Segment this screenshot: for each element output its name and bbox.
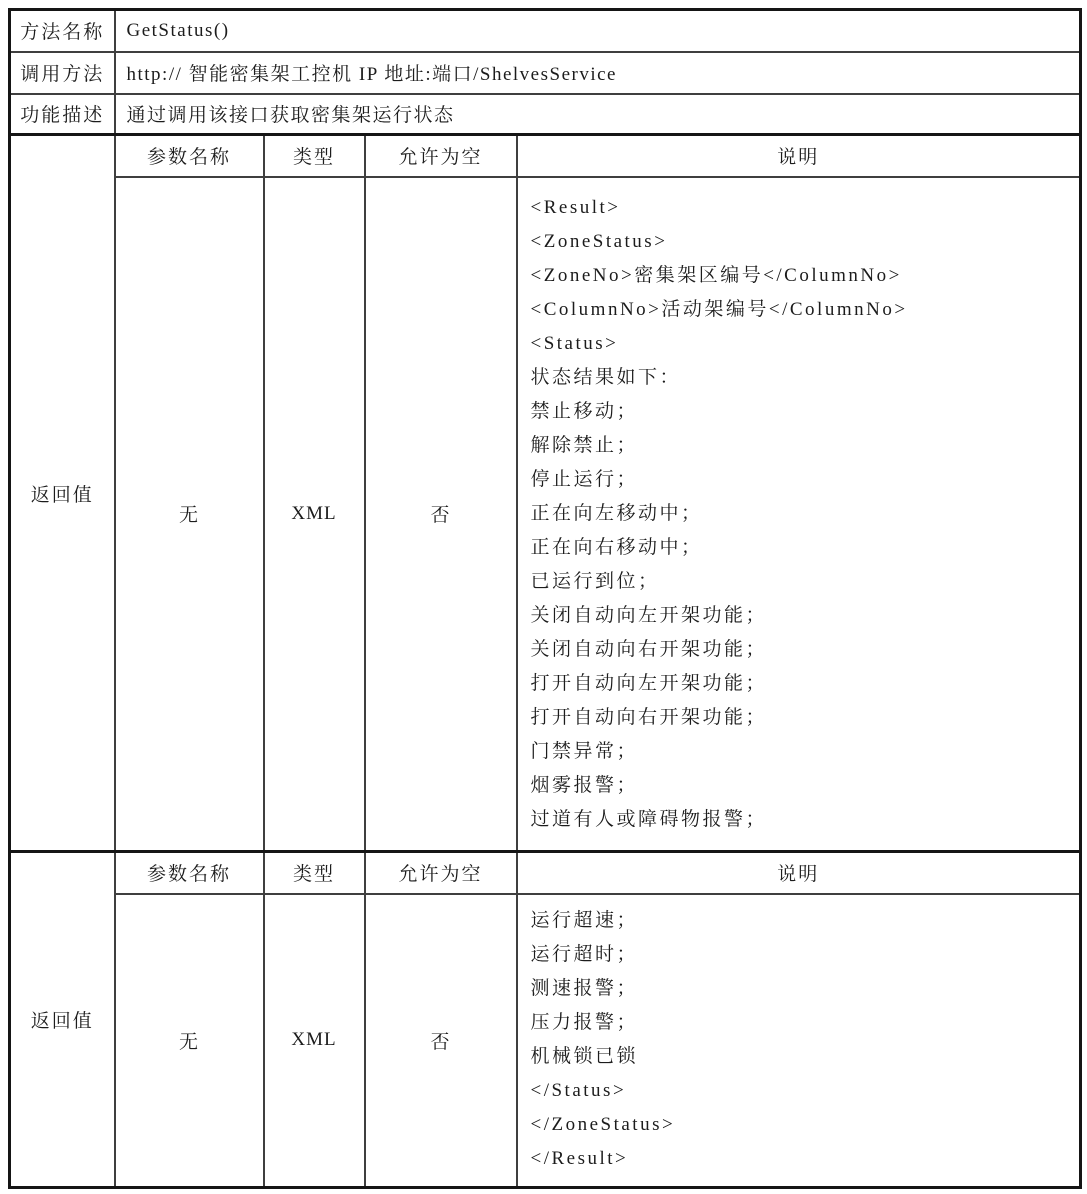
- return-value-label-2: 返回值: [10, 852, 115, 1188]
- col-header-nullable-1: 允许为空: [365, 135, 517, 177]
- col-header-description-1: 说明: [517, 135, 1081, 177]
- description-value-2: 运行超速； 运行超时； 测速报警； 压力报警； 机械锁已锁 </Status> …: [517, 894, 1081, 1188]
- col-header-param-name-1: 参数名称: [115, 135, 264, 177]
- description-line: 机械锁已锁: [531, 1040, 1074, 1074]
- method-name-row: 方法名称 GetStatus(): [10, 10, 1081, 52]
- call-method-value: http:// 智能密集架工控机 IP 地址:端口/ShelvesService: [115, 52, 1081, 94]
- description-line: 测速报警；: [531, 972, 1074, 1006]
- description-line: <ZoneStatus>: [531, 225, 1074, 259]
- param-type-value-1: XML: [264, 177, 365, 852]
- return-value-label-1: 返回值: [10, 135, 115, 852]
- description-line: <Result>: [531, 191, 1074, 225]
- nullable-value-2: 否: [365, 894, 517, 1188]
- api-method-table: 方法名称 GetStatus() 调用方法 http:// 智能密集架工控机 I…: [8, 8, 1082, 1189]
- function-desc-value: 通过调用该接口获取密集架运行状态: [115, 94, 1081, 135]
- call-method-label: 调用方法: [10, 52, 115, 94]
- call-method-row: 调用方法 http:// 智能密集架工控机 IP 地址:端口/ShelvesSe…: [10, 52, 1081, 94]
- col-header-type-2: 类型: [264, 852, 365, 894]
- method-name-value: GetStatus(): [115, 10, 1081, 52]
- param-name-value-2: 无: [115, 894, 264, 1188]
- return-section-2-header-row: 返回值 参数名称 类型 允许为空 说明: [10, 852, 1081, 894]
- description-line: 打开自动向左开架功能；: [531, 667, 1074, 701]
- col-header-nullable-2: 允许为空: [365, 852, 517, 894]
- function-desc-label: 功能描述: [10, 94, 115, 135]
- return-section-1-content-row: 无 XML 否 <Result> <ZoneStatus> <ZoneNo>密集…: [10, 177, 1081, 852]
- description-line: 正在向右移动中；: [531, 531, 1074, 565]
- description-line: 运行超时；: [531, 938, 1074, 972]
- function-desc-row: 功能描述 通过调用该接口获取密集架运行状态: [10, 94, 1081, 135]
- description-value-1: <Result> <ZoneStatus> <ZoneNo>密集架区编号</Co…: [517, 177, 1081, 852]
- description-line: 过道有人或障碍物报警；: [531, 803, 1074, 837]
- description-line: 关闭自动向右开架功能；: [531, 633, 1074, 667]
- param-type-value-2: XML: [264, 894, 365, 1188]
- description-line: 关闭自动向左开架功能；: [531, 599, 1074, 633]
- document-page: 方法名称 GetStatus() 调用方法 http:// 智能密集架工控机 I…: [0, 0, 1087, 1194]
- description-line: <Status>: [531, 327, 1074, 361]
- description-line: 正在向左移动中；: [531, 497, 1074, 531]
- description-line: 解除禁止；: [531, 429, 1074, 463]
- description-line: 门禁异常；: [531, 735, 1074, 769]
- col-header-description-2: 说明: [517, 852, 1081, 894]
- description-line: </Result>: [531, 1142, 1074, 1176]
- description-line: 压力报警；: [531, 1006, 1074, 1040]
- nullable-value-1: 否: [365, 177, 517, 852]
- description-line: </ZoneStatus>: [531, 1108, 1074, 1142]
- col-header-param-name-2: 参数名称: [115, 852, 264, 894]
- description-line: 禁止移动；: [531, 395, 1074, 429]
- return-section-1-header-row: 返回值 参数名称 类型 允许为空 说明: [10, 135, 1081, 177]
- description-line: </Status>: [531, 1074, 1074, 1108]
- col-header-type-1: 类型: [264, 135, 365, 177]
- return-section-2-content-row: 无 XML 否 运行超速； 运行超时； 测速报警； 压力报警； 机械锁已锁 </…: [10, 894, 1081, 1188]
- description-line: 已运行到位；: [531, 565, 1074, 599]
- description-line: 运行超速；: [531, 904, 1074, 938]
- description-line: 状态结果如下：: [531, 361, 1074, 395]
- description-line: <ZoneNo>密集架区编号</ColumnNo>: [531, 259, 1074, 293]
- param-name-value-1: 无: [115, 177, 264, 852]
- description-line: <ColumnNo>活动架编号</ColumnNo>: [531, 293, 1074, 327]
- method-name-label: 方法名称: [10, 10, 115, 52]
- description-line: 烟雾报警；: [531, 769, 1074, 803]
- description-line: 打开自动向右开架功能；: [531, 701, 1074, 735]
- description-line: 停止运行；: [531, 463, 1074, 497]
